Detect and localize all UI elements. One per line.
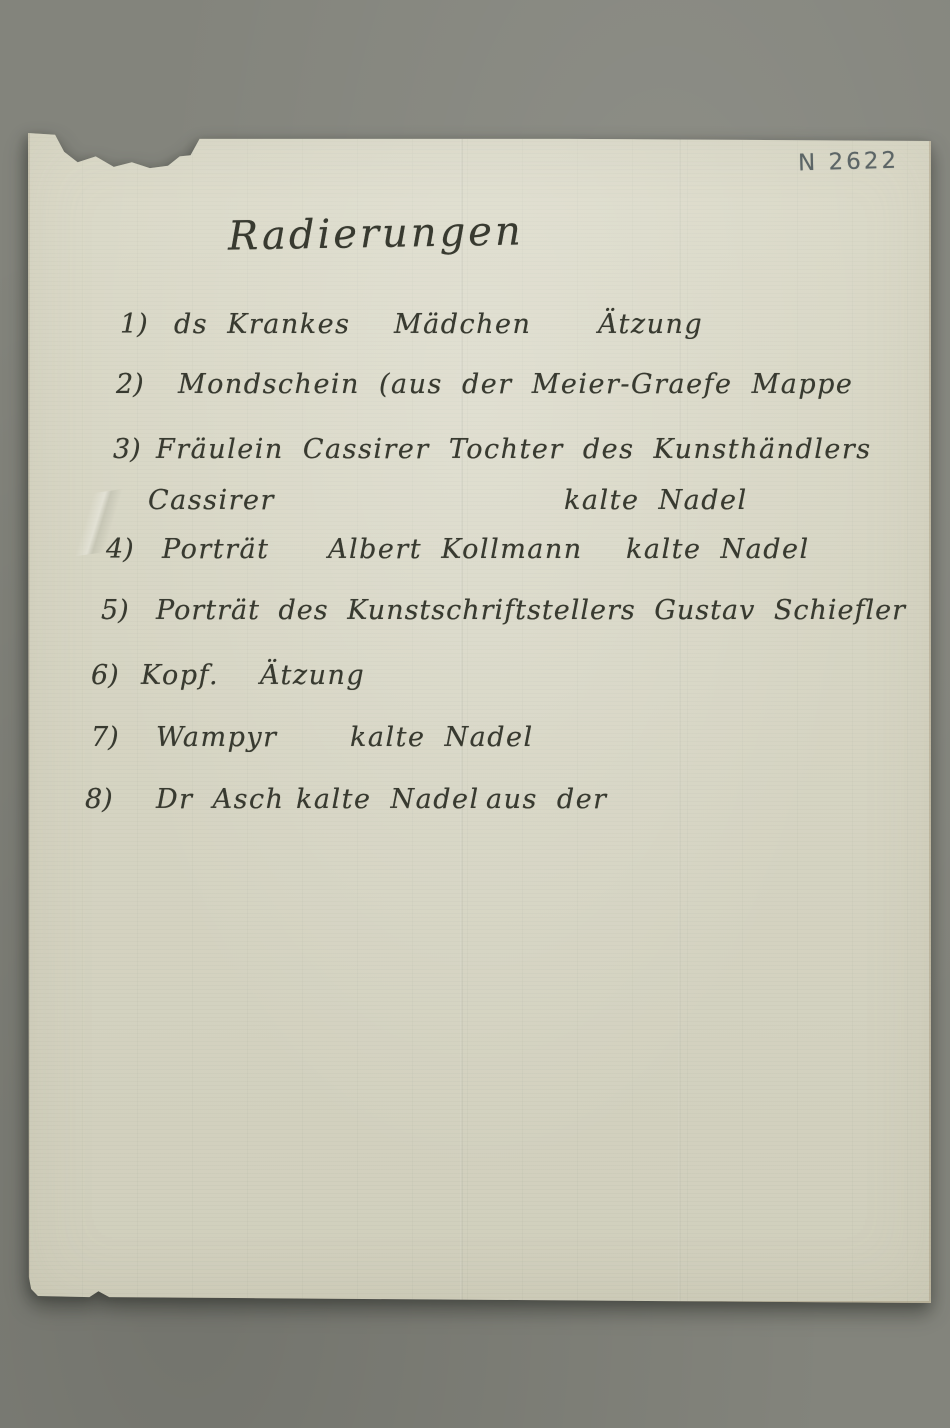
inventory-number: N 2622 [798, 148, 900, 177]
entry-row: 6) Kopf. Ätzung [28, 660, 931, 702]
entry-segment: Kopf. [141, 660, 219, 691]
entry-segment: Dr Asch [156, 784, 285, 815]
entry-row: 1) ds Krankes Mädchen Ätzung [28, 309, 931, 351]
entry-segment: kalte Nadel [626, 534, 810, 565]
entry-segment: Wampyr [156, 722, 278, 753]
entry-segment: Cassirer [148, 485, 275, 516]
entry-number: 3) [113, 434, 141, 465]
entry-segment: Porträt [162, 534, 269, 565]
entry-number: 4) [106, 534, 134, 565]
entry-row: 3) Fräulein Cassirer Tochter des Kunsthä… [28, 434, 931, 476]
photo-background: N 2622 Radierungen 1) ds Krankes Mädchen… [0, 0, 950, 1428]
entry-segment: Ätzung [260, 660, 365, 691]
entry-row: Cassirer kalte Nadel [28, 485, 931, 527]
entry-number: 8) [85, 784, 113, 815]
entry-segment: ds Krankes [174, 309, 350, 340]
paper-surface: N 2622 Radierungen 1) ds Krankes Mädchen… [28, 133, 931, 1303]
entry-segment: Ätzung [598, 309, 703, 340]
entry-segment: Mädchen [394, 309, 531, 340]
document-title: Radierungen [228, 208, 524, 259]
entry-number: 7) [91, 722, 119, 753]
entry-segment: Fräulein Cassirer Tochter des Kunsthändl… [156, 434, 872, 465]
entry-row: 7) Wampyr kalte Nadel [28, 722, 931, 764]
entry-number: 5) [101, 595, 129, 626]
entry-segment: kalte Nadel [564, 485, 748, 516]
entry-segment: Mondschein (aus der Meier-Graefe Mappe [178, 369, 853, 400]
entry-segment: kalte Nadel [350, 722, 534, 753]
entry-segment: Albert Kollmann [328, 534, 583, 565]
entry-number: 1) [120, 309, 148, 340]
paper-sheet: N 2622 Radierungen 1) ds Krankes Mädchen… [28, 133, 931, 1303]
entry-segment: kalte Nadel [296, 784, 480, 815]
entry-row: 4) Porträt Albert Kollmann kalte Nadel [28, 534, 931, 576]
entry-segment: aus der [486, 784, 608, 815]
entry-segment: Porträt des Kunstschriftstellers Gustav … [156, 595, 906, 626]
entry-row: 2) Mondschein (aus der Meier-Graefe Mapp… [28, 369, 931, 411]
entry-row: 5) Porträt des Kunstschriftstellers Gust… [28, 595, 931, 637]
entry-number: 2) [116, 369, 144, 400]
entry-row: 8) Dr Asch kalte Nadel aus der [28, 784, 931, 826]
entry-number: 6) [91, 660, 119, 691]
